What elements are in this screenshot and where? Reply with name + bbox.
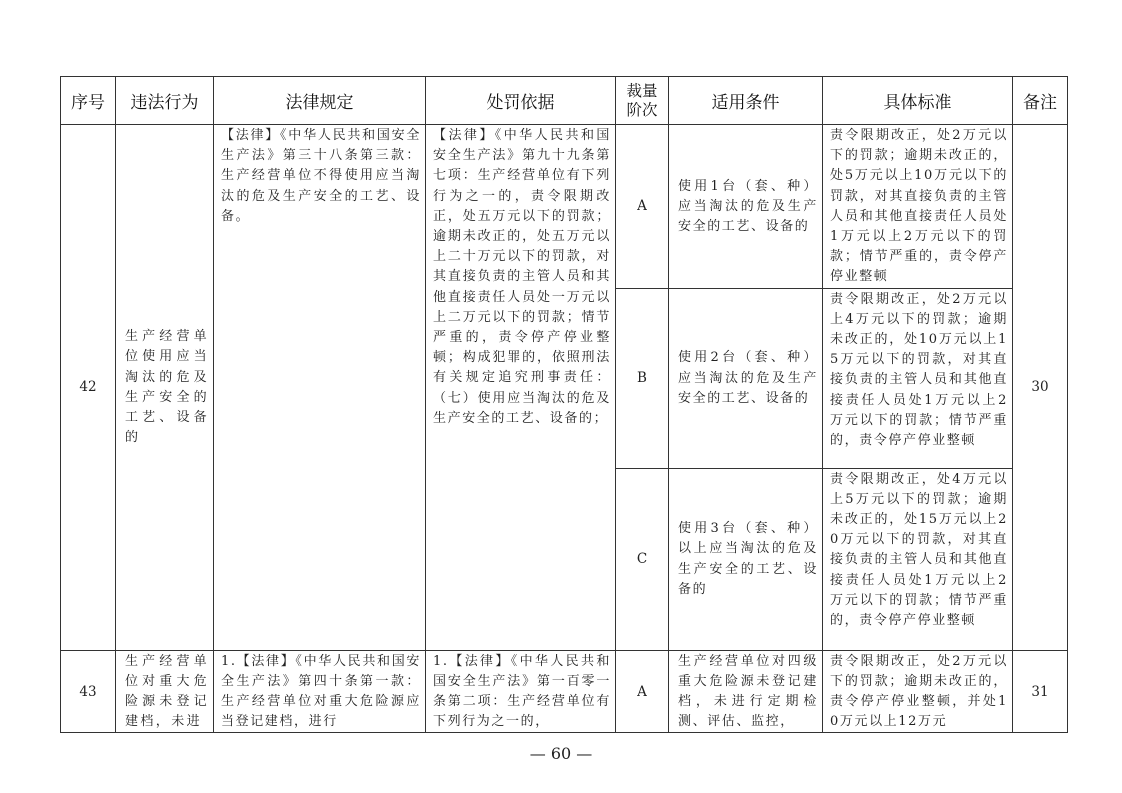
penalty-basis-text: 1.【法律】《中华人民共和国安全生产法》第一百零一条第二项：生产经营单位有下列行… <box>426 651 615 733</box>
level-cell: A <box>616 125 669 289</box>
law-cell: 1.【法律】《中华人民共和国安全生产法》第四十条第一款：生产经营单位对重大危险源… <box>214 650 426 733</box>
condition-cell: 使用3台（套、种）以上应当淘汰的危及生产安全的工艺、设备的 <box>669 468 823 650</box>
header-law: 法律规定 <box>214 77 426 125</box>
table-row: 42 生产经营单位使用应当淘汰的危及生产安全的工艺、设备的 【法律】《中华人民共… <box>61 125 1068 289</box>
header-level: 裁量阶次 <box>616 77 669 125</box>
violation-cell: 生产经营单位对重大危险源未登记建档，未进 <box>116 650 214 733</box>
page-number: — 60 — <box>0 744 1122 763</box>
level-cell: C <box>616 468 669 650</box>
law-text: 1.【法律】《中华人民共和国安全生产法》第四十条第一款：生产经营单位对重大危险源… <box>214 651 425 733</box>
seq-cell: 42 <box>61 125 116 651</box>
header-condition: 适用条件 <box>669 77 823 125</box>
condition-text: 使用2台（套、种）应当淘汰的危及生产安全的工艺、设备的 <box>669 347 822 409</box>
condition-cell: 生产经营单位对四级重大危险源未登记建档，未进行定期检测、评估、监控， <box>669 650 823 733</box>
violation-cell: 生产经营单位使用应当淘汰的危及生产安全的工艺、设备的 <box>116 125 214 651</box>
standard-cell: 责令限期改正，处4万元以上5万元以下的罚款；逾期未改正的，处15万元以上20万元… <box>823 468 1013 650</box>
header-level-text: 裁量阶次 <box>624 82 660 120</box>
condition-cell: 使用1台（套、种）应当淘汰的危及生产安全的工艺、设备的 <box>669 125 823 289</box>
condition-text: 生产经营单位对四级重大危险源未登记建档，未进行定期检测、评估、监控， <box>669 651 822 733</box>
violation-text: 生产经营单位对重大危险源未登记建档，未进 <box>116 651 213 733</box>
penalty-basis-text: 【法律】《中华人民共和国安全生产法》第九十九条第七项：生产经营单位有下列行为之一… <box>426 125 615 429</box>
level-cell: B <box>616 288 669 468</box>
remark-cell: 31 <box>1013 650 1068 733</box>
remark-cell: 30 <box>1013 125 1068 651</box>
standard-cell: 责令限期改正，处2万元以下的罚款；逾期未改正的，责令停产停业整顿，并处10万元以… <box>823 650 1013 733</box>
violation-text: 生产经营单位使用应当淘汰的危及生产安全的工艺、设备的 <box>116 326 213 448</box>
seq-cell: 43 <box>61 650 116 733</box>
table-row: 43 生产经营单位对重大危险源未登记建档，未进 1.【法律】《中华人民共和国安全… <box>61 650 1068 733</box>
table-header-row: 序号 违法行为 法律规定 处罚依据 裁量阶次 适用条件 具体标准 备注 <box>61 77 1068 125</box>
standard-text: 责令限期改正，处4万元以上5万元以下的罚款；逾期未改正的，处15万元以上20万元… <box>823 469 1012 632</box>
standard-text: 责令限期改正，处2万元以下的罚款；逾期未改正的，责令停产停业整顿，并处10万元以… <box>823 651 1012 733</box>
condition-text: 使用3台（套、种）以上应当淘汰的危及生产安全的工艺、设备的 <box>669 518 822 600</box>
penalty-basis-cell: 1.【法律】《中华人民共和国安全生产法》第一百零一条第二项：生产经营单位有下列行… <box>426 650 616 733</box>
standard-text: 责令限期改正，处2万元以下的罚款；逾期未改正的，处5万元以上10万元以下的罚款，… <box>823 125 1012 288</box>
header-remark: 备注 <box>1013 77 1068 125</box>
law-text: 【法律】《中华人民共和国安全生产法》第三十八条第三款：生产经营单位不得使用应当淘… <box>214 125 425 227</box>
header-seq: 序号 <box>61 77 116 125</box>
header-standard: 具体标准 <box>823 77 1013 125</box>
level-cell: A <box>616 650 669 733</box>
condition-text: 使用1台（套、种）应当淘汰的危及生产安全的工艺、设备的 <box>669 176 822 238</box>
header-penalty-basis: 处罚依据 <box>426 77 616 125</box>
penalty-standard-table: 序号 违法行为 法律规定 处罚依据 裁量阶次 适用条件 具体标准 备注 42 生… <box>60 76 1068 733</box>
condition-cell: 使用2台（套、种）应当淘汰的危及生产安全的工艺、设备的 <box>669 288 823 468</box>
standard-text: 责令限期改正，处2万元以上4万元以下的罚款；逾期未改正的，处10万元以上15万元… <box>823 289 1012 452</box>
standard-cell: 责令限期改正，处2万元以上4万元以下的罚款；逾期未改正的，处10万元以上15万元… <box>823 288 1013 468</box>
penalty-basis-cell: 【法律】《中华人民共和国安全生产法》第九十九条第七项：生产经营单位有下列行为之一… <box>426 125 616 651</box>
header-violation: 违法行为 <box>116 77 214 125</box>
standard-cell: 责令限期改正，处2万元以下的罚款；逾期未改正的，处5万元以上10万元以下的罚款，… <box>823 125 1013 289</box>
law-cell: 【法律】《中华人民共和国安全生产法》第三十八条第三款：生产经营单位不得使用应当淘… <box>214 125 426 651</box>
